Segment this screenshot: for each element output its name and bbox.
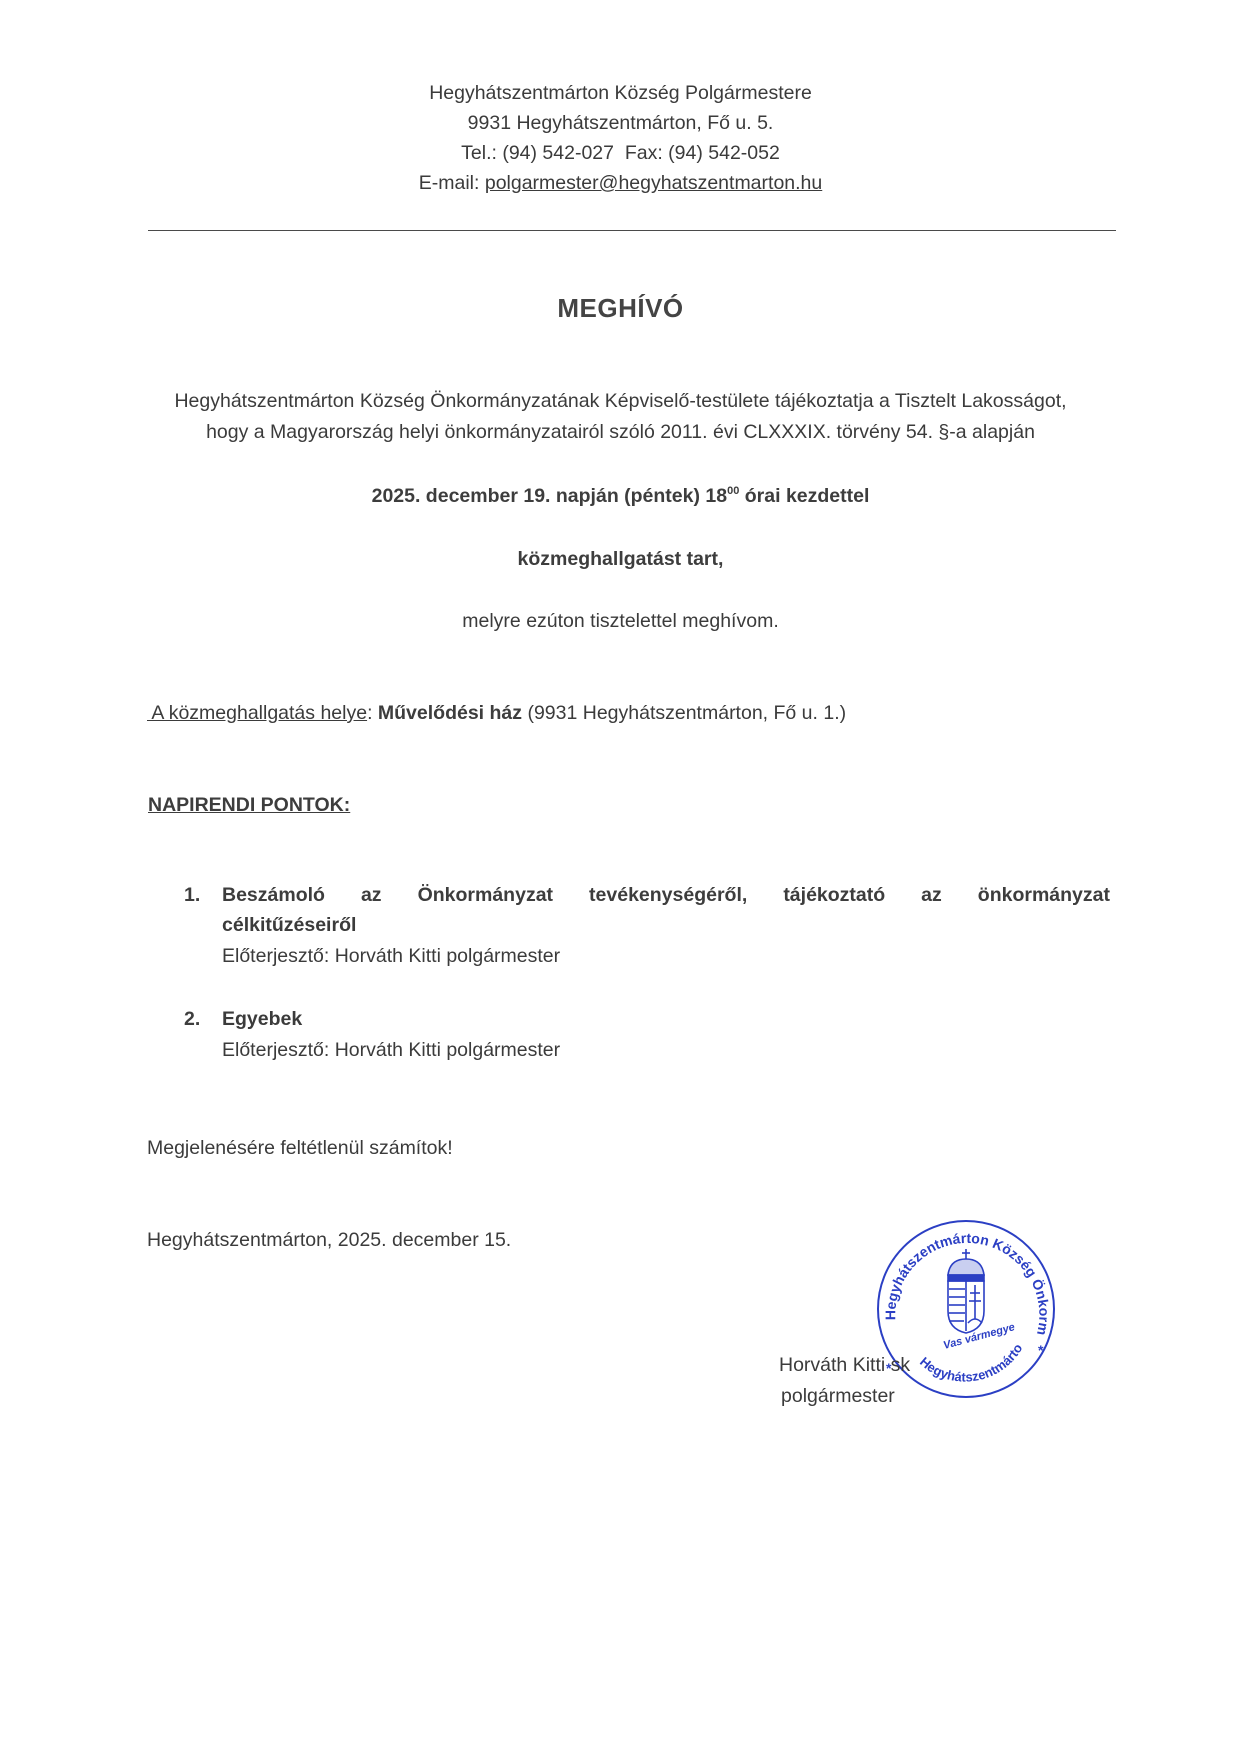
venue-line: A közmeghallgatás helye: Művelődési ház … [147, 698, 846, 729]
intro-line-1: Hegyhátszentmárton Község Önkormányzatán… [0, 386, 1241, 417]
letterhead-email-line: E-mail: polgarmester@hegyhatszentmarton.… [0, 168, 1241, 198]
event-time-minutes: 00 [727, 485, 739, 497]
agenda-item-2-presenter: Előterjesztő: Horváth Kitti polgármester [222, 1039, 560, 1062]
event-date-text: 2025. december 19. napján (péntek) 18 [372, 485, 728, 507]
venue-name: Művelődési ház [378, 702, 522, 724]
agenda-item-1-number: 1. [184, 884, 200, 907]
signature-name: Horváth Kitti sk [779, 1350, 910, 1381]
letterhead-address: 9931 Hegyhátszentmárton, Fő u. 5. [0, 108, 1241, 138]
place-date: Hegyhátszentmárton, 2025. december 15. [147, 1225, 511, 1256]
intro-line-2: hogy a Magyarország helyi önkormányzatai… [0, 417, 1241, 448]
event-action: közmeghallgatást tart, [0, 544, 1241, 575]
header-divider [148, 230, 1116, 231]
document-title: MEGHÍVÓ [0, 293, 1241, 324]
agenda-item-1-presenter: Előterjesztő: Horváth Kitti polgármester [222, 945, 560, 968]
event-date: 2025. december 19. napján (péntek) 1800 … [0, 481, 1241, 512]
agenda-item-1-title: Beszámoló az Önkormányzat tevékenységérő… [222, 884, 1110, 907]
email-link[interactable]: polgarmester@hegyhatszentmarton.hu [485, 172, 822, 194]
letterhead-org-name: Hegyhátszentmárton Község Polgármestere [0, 78, 1241, 108]
letterhead-phone-fax: Tel.: (94) 542-027 Fax: (94) 542-052 [0, 138, 1241, 168]
venue-colon: : [367, 702, 378, 724]
agenda-heading: NAPIRENDI PONTOK: [148, 790, 350, 821]
agenda-item-2-number: 2. [184, 1008, 200, 1031]
agenda-item-2-title: Egyebek [222, 1008, 302, 1031]
stamp-star-right: * [1038, 1342, 1044, 1358]
event-invite: melyre ezúton tisztelettel meghívom. [0, 606, 1241, 637]
signature-role: polgármester [781, 1381, 895, 1412]
email-label: E-mail: [419, 172, 485, 194]
agenda-item-1-title-cont: célkitűzéseiről [222, 914, 356, 937]
event-date-suffix: órai kezdettel [739, 485, 869, 507]
coat-of-arms-icon [948, 1249, 984, 1333]
venue-address: (9931 Hegyhátszentmárton, Fő u. 1.) [522, 702, 846, 724]
venue-label: A közmeghallgatás helye [147, 702, 367, 724]
closing-text: Megjelenésére feltétlenül számítok! [147, 1133, 453, 1164]
